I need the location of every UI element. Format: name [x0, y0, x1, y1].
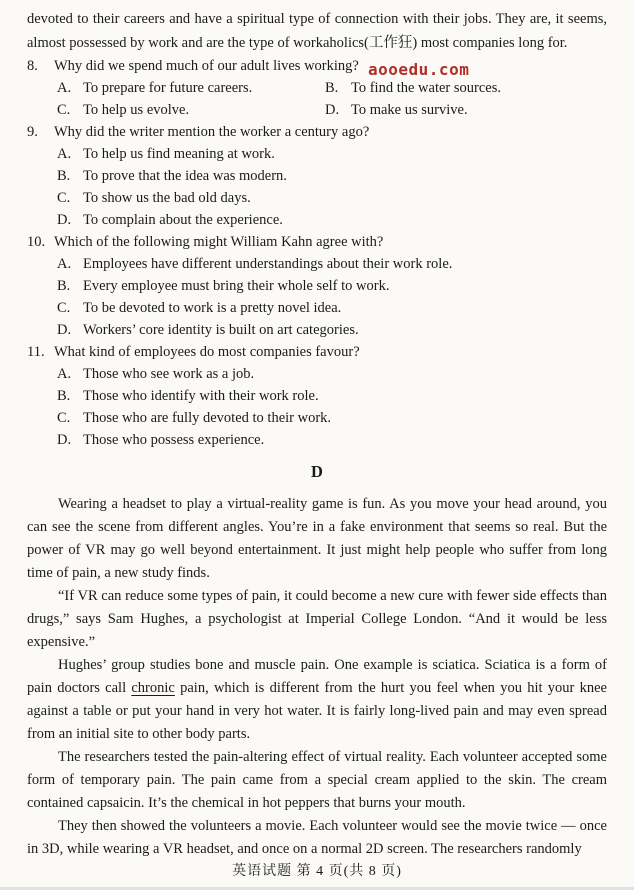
- exam-page: aooedu.com devoted to their careers and …: [0, 0, 634, 890]
- question-8: 8. Why did we spend much of our adult li…: [27, 55, 607, 121]
- watermark: aooedu.com: [368, 60, 469, 79]
- passage-paragraph: Wearing a headset to play a virtual-real…: [27, 493, 607, 585]
- question-text: Which of the following might William Kah…: [54, 231, 383, 253]
- option-row: A. Those who see work as a job.: [57, 363, 607, 385]
- option-label: D.: [57, 319, 83, 341]
- question-text: Why did we spend much of our adult lives…: [54, 55, 359, 77]
- question-line: 9. Why did the writer mention the worker…: [27, 121, 607, 143]
- question-number: 8.: [27, 55, 54, 77]
- paragraph-text: Wearing a headset to play a virtual-real…: [27, 496, 607, 581]
- page-footer: 英语试题 第 4 页(共 8 页): [0, 862, 634, 882]
- option-row: C. Those who are fully devoted to their …: [57, 407, 607, 429]
- question-line: 10. Which of the following might William…: [27, 231, 607, 253]
- question-number: 9.: [27, 121, 54, 143]
- option-text: Those who are fully devoted to their wor…: [83, 407, 331, 429]
- question-line: 8. Why did we spend much of our adult li…: [27, 55, 607, 77]
- option-label: D.: [57, 209, 83, 231]
- passage-paragraph: “If VR can reduce some types of pain, it…: [27, 585, 607, 654]
- options-list: A. Those who see work as a job. B. Those…: [27, 363, 607, 451]
- option-row: A. Employees have different understandin…: [57, 253, 607, 275]
- option-label: B.: [57, 165, 83, 187]
- intro-paragraph: devoted to their careers and have a spir…: [27, 7, 607, 55]
- option-label: C.: [57, 297, 83, 319]
- option-row: C. To help us evolve.: [57, 99, 325, 121]
- option-label: C.: [57, 407, 83, 429]
- option-row: D. Those who possess experience.: [57, 429, 607, 451]
- option-row: C. To be devoted to work is a pretty nov…: [57, 297, 607, 319]
- option-row: A. To prepare for future careers.: [57, 77, 325, 99]
- option-text: To help us evolve.: [83, 99, 189, 121]
- option-text: To prove that the idea was modern.: [83, 165, 287, 187]
- question-line: 11. What kind of employees do most compa…: [27, 341, 607, 363]
- option-row: B. Those who identify with their work ro…: [57, 385, 607, 407]
- option-label: D.: [325, 99, 351, 121]
- option-row: B. To find the water sources.: [325, 77, 607, 99]
- option-label: A.: [57, 253, 83, 275]
- option-label: D.: [57, 429, 83, 451]
- option-label: B.: [57, 385, 83, 407]
- option-label: C.: [57, 99, 83, 121]
- option-text: To be devoted to work is a pretty novel …: [83, 297, 341, 319]
- question-text: Why did the writer mention the worker a …: [54, 121, 369, 143]
- option-text: Every employee must bring their whole se…: [83, 275, 389, 297]
- passage-paragraph: Hughes’ group studies bone and muscle pa…: [27, 654, 607, 746]
- question-9: 9. Why did the writer mention the worker…: [27, 121, 607, 231]
- options-list: A. Employees have different understandin…: [27, 253, 607, 341]
- passage-paragraph: They then showed the volunteers a movie.…: [27, 815, 607, 861]
- question-10: 10. Which of the following might William…: [27, 231, 607, 341]
- option-label: B.: [325, 77, 351, 99]
- option-label: A.: [57, 363, 83, 385]
- paragraph-text: They then showed the volunteers a movie.…: [27, 818, 607, 857]
- passage-paragraph: The researchers tested the pain-altering…: [27, 746, 607, 815]
- option-text: Workers’ core identity is built on art c…: [83, 319, 359, 341]
- options-grid: A. To prepare for future careers. B. To …: [27, 77, 607, 121]
- option-text: To complain about the experience.: [83, 209, 283, 231]
- paragraph-text: The researchers tested the pain-altering…: [27, 749, 607, 811]
- question-11: 11. What kind of employees do most compa…: [27, 341, 607, 451]
- question-text: What kind of employees do most companies…: [54, 341, 360, 363]
- option-row: D. Workers’ core identity is built on ar…: [57, 319, 607, 341]
- option-label: B.: [57, 275, 83, 297]
- options-list: A. To help us find meaning at work. B. T…: [27, 143, 607, 231]
- option-text: To help us find meaning at work.: [83, 143, 275, 165]
- intro-text: devoted to their careers and have a spir…: [27, 11, 607, 51]
- option-row: D. To make us survive.: [325, 99, 607, 121]
- option-text: To find the water sources.: [351, 77, 501, 99]
- option-text: Employees have different understandings …: [83, 253, 452, 275]
- option-label: A.: [57, 77, 83, 99]
- option-text: To make us survive.: [351, 99, 468, 121]
- underlined-term: chronic: [131, 680, 174, 696]
- option-text: To show us the bad old days.: [83, 187, 251, 209]
- option-row: D. To complain about the experience.: [57, 209, 607, 231]
- option-row: B. To prove that the idea was modern.: [57, 165, 607, 187]
- option-text: Those who possess experience.: [83, 429, 264, 451]
- option-row: A. To help us find meaning at work.: [57, 143, 607, 165]
- option-text: Those who identify with their work role.: [83, 385, 319, 407]
- option-row: C. To show us the bad old days.: [57, 187, 607, 209]
- option-label: A.: [57, 143, 83, 165]
- section-label: D: [27, 459, 607, 485]
- question-number: 11.: [27, 341, 54, 363]
- question-number: 10.: [27, 231, 54, 253]
- option-text: To prepare for future careers.: [83, 77, 252, 99]
- option-text: Those who see work as a job.: [83, 363, 254, 385]
- paragraph-text: “If VR can reduce some types of pain, it…: [27, 588, 607, 650]
- option-label: C.: [57, 187, 83, 209]
- option-row: B. Every employee must bring their whole…: [57, 275, 607, 297]
